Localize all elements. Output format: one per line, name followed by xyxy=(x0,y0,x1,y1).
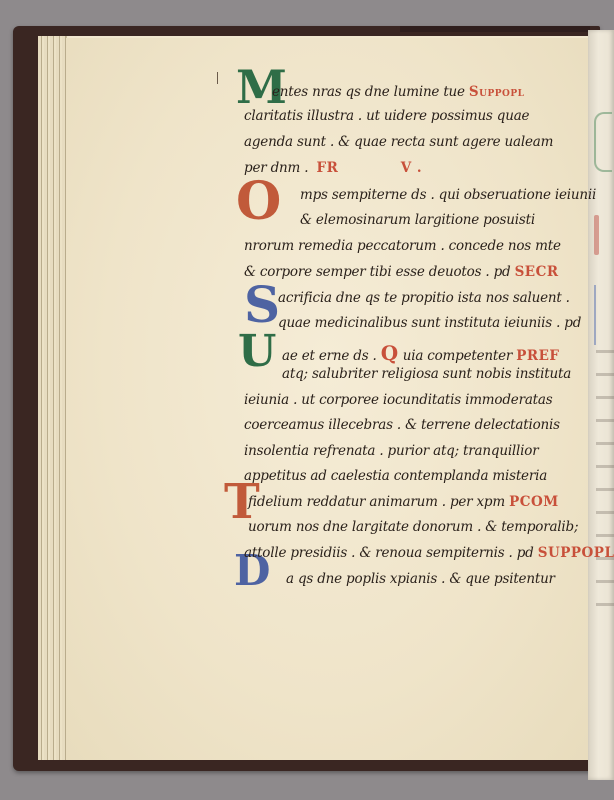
facing-page-red-initial xyxy=(594,215,599,255)
text-line-9: acrificia dne qs te propitio ista nos sa… xyxy=(278,290,570,306)
text-line-1: entes nras qs dne lumine tue Suppopl xyxy=(272,84,525,100)
page-fore-edge xyxy=(38,36,67,760)
text-line-18: uorum nos dne largitate donorum . & temp… xyxy=(248,519,578,535)
initial-s: S xyxy=(244,280,280,330)
text-line-3: agenda sunt . & quae recta sunt agere ua… xyxy=(244,134,553,150)
text-line-4: per dnm . FR V . xyxy=(244,160,422,176)
facing-page-text xyxy=(596,330,614,610)
text-line-2: claritatis illustra . ut uidere possimus… xyxy=(244,108,529,124)
initial-o: O xyxy=(236,176,281,228)
text-line-15: insolentia refrenata . purior atq; tranq… xyxy=(244,443,538,459)
text-line-20: a qs dne poplis xpianis . & que psitentu… xyxy=(286,571,555,587)
text-line-14: coerceamus illecebras . & terrene delect… xyxy=(244,417,560,433)
rubric: PREF xyxy=(516,348,559,364)
margin-mark xyxy=(217,72,218,84)
text-line-12: atq; salubriter religiosa sunt nobis ins… xyxy=(282,366,571,382)
rubric: PCOM xyxy=(509,494,559,510)
text-line-11: ae et erne ds . Q uia competenter PREF xyxy=(282,341,560,365)
rubric: SECR xyxy=(515,264,559,280)
rubric: FR V . xyxy=(316,160,422,176)
rubric: SUPPOPL xyxy=(538,545,614,561)
text-line-7: nrorum remedia peccatorum . concede nos … xyxy=(244,238,561,254)
text-line-17: fidelium reddatur animarum . per xpm PCO… xyxy=(248,494,559,510)
text-line-13: ieiunia . ut corporee iocunditatis immod… xyxy=(244,392,552,408)
rubric: Suppopl xyxy=(469,84,525,100)
text-line-10: quae medicinalibus sunt instituta ieiuni… xyxy=(278,315,581,331)
text-line-19: attolle presidiis . & renoua sempiternis… xyxy=(244,545,614,561)
facing-page-initial xyxy=(594,112,612,172)
cover-edge xyxy=(400,26,590,32)
rubric-initial-q: Q xyxy=(381,341,399,365)
text-line-5: mps sempiterne ds . qui obseruatione iei… xyxy=(300,187,596,203)
text-line-8: & corpore semper tibi esse deuotos . pd … xyxy=(244,264,559,280)
text-line-16: appetitus ad caelestia contemplanda mist… xyxy=(244,468,547,484)
text-line-6: & elemosinarum largitione posuisti xyxy=(300,212,535,228)
initial-u: U xyxy=(238,330,276,374)
